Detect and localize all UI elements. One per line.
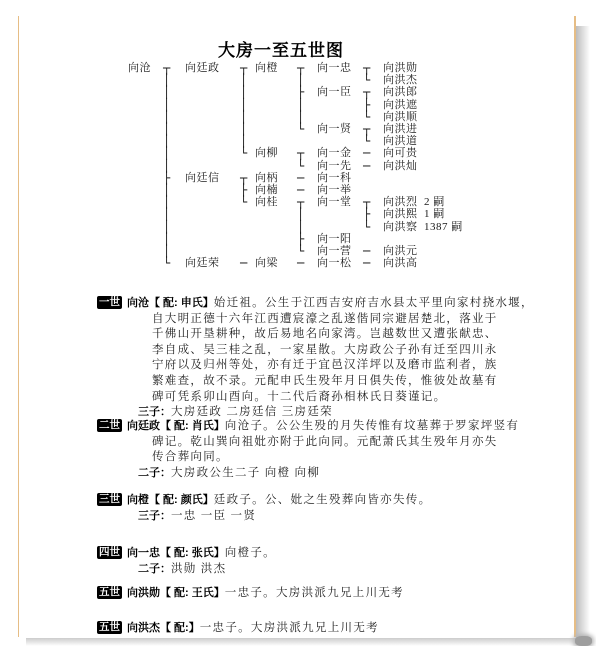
tree-node: 向沧 [128,62,151,74]
tree-node: 向洪熙 [383,208,418,220]
spouse-info: 【 配:】 [160,622,200,634]
tree-connector: │ [163,111,170,123]
generation-badge: 五世 [97,586,122,599]
tree-connector: ├ [363,99,370,111]
tree-node: 1387 嗣 [424,221,463,233]
generation-badge: 二世 [97,419,122,432]
body-line: 千佛山开垦耕种，故后易地名向家湾。岂越数世又遭张献忠、 [0,326,596,342]
generation-badge: 四世 [97,546,122,559]
tree-connector: │ [163,86,170,98]
tree-node: 向廷荣 [185,257,220,269]
body-text: 碑可凭系卯山酉向。十二代后裔孙相林氏日葵谨记。 [152,391,446,403]
body-text: 始迁祖。公生于江西吉安府吉水县太平里向家村挠水堰， [214,297,534,309]
section-first-line: 五世向洪杰【 配:】一忠子。大房洪派九兄上川无考 [0,620,596,636]
tree-connector: │ [163,221,170,233]
children-names: 一忠 一臣 一贤 [171,510,256,522]
tree-connector: └ [297,245,304,257]
body-line: 传合葬向同。 [0,449,596,465]
tree-node: 向一臣 [317,86,352,98]
tree-connector: ─ [363,147,370,159]
tree-node: 向一营 [317,245,352,257]
spouse-info: 【 配: 张氏】 [160,547,225,559]
section-first-line: 三世向橙【 配: 颜氏】廷政子。公、妣之生殁葬向皆亦失传。 [0,492,596,508]
page-bottom-shadow [26,638,576,646]
body-text: 李自成、吴三桂之乱，一家星散。大房政公子孙有迁至四川永 [152,344,498,356]
generation-section: 三世向橙【 配: 颜氏】廷政子。公、妣之生殁葬向皆亦失传。三子：一忠 一臣 一贤 [0,492,596,523]
tree-connector: │ [163,233,170,245]
body-line: 碑可凭系卯山酉向。十二代后裔孙相林氏日葵谨记。 [0,389,596,405]
tree-node: 向楠 [255,184,278,196]
generation-badge: 五世 [97,621,122,634]
tree-connector: └ [240,147,247,159]
generation-section: 五世向洪杰【 配:】一忠子。大房洪派九兄上川无考 [0,620,596,636]
tree-node: 向可贵 [383,147,418,159]
person-name: 向沧 [127,297,149,309]
tree-connector: │ [163,160,170,172]
tree-connector: ┬ [240,172,247,184]
tree-connector: ├ [363,208,370,220]
tree-node: 向洪杰 [383,74,418,86]
body-text: 碑记。乾山巽向祖妣亦附于此向同。元配萧氏其生殁年月亦失 [152,436,498,448]
body-text: 廷政子。公、妣之生殁葬向皆亦失传。 [214,494,432,506]
spouse-info: 【 配: 肖氏】 [160,420,225,432]
tree-node: 向橙 [255,62,278,74]
body-line: 自大明正德十六年江西遭宸濠之乱遂偕同宗避居楚北，落业于 [0,311,596,327]
section-first-line: 一世向沧【 配: 申氏】始迁祖。公生于江西吉安府吉水县太平里向家村挠水堰， [0,295,596,311]
tree-connector: ─ [240,257,247,269]
tree-connector: └ [163,257,170,269]
body-line: 宁府以及归州等处，亦有迁于宜邑汉洋坪以及磨市监利者，族 [0,357,596,373]
tree-connector: ─ [363,160,370,172]
tree-connector: └ [363,221,370,233]
children-names: 大房政公生二子 向橙 向柳 [171,467,320,479]
children-line: 二子：大房政公生二子 向橙 向柳 [0,465,596,481]
body-text: 宁府以及归州等处，亦有迁于宜邑汉洋坪以及磨市监利者，族 [152,359,498,371]
tree-connector: ─ [363,245,370,257]
generation-section: 一世向沧【 配: 申氏】始迁祖。公生于江西吉安府吉水县太平里向家村挠水堰，自大明… [0,295,596,420]
section-first-line: 五世向洪勋【 配: 王氏】一忠子。大房洪派九兄上川无考 [0,585,596,601]
tree-connector: │ [163,147,170,159]
tree-node: 向一科 [317,172,352,184]
body-line: 李自成、吴三桂之乱，一家星散。大房政公子孙有迁至四川永 [0,342,596,358]
tree-node: 向柄 [255,172,278,184]
person-name: 向洪勋 [127,587,160,599]
tree-connector: │ [240,111,247,123]
tree-connector: └ [297,123,304,135]
tree-connector: └ [363,74,370,86]
children-label: 三子： [138,406,171,418]
tree-connector: │ [163,208,170,220]
tree-node: 向一先 [317,160,352,172]
person-name: 向橙 [127,494,149,506]
body-text: 向沧子。公公生殁的月失传惟有坟墓葬于罗家坪竖有 [225,420,519,432]
children-label: 二子： [138,467,171,479]
generation-section: 四世向一忠【 配: 张氏】向橙子。二子：洪勋 洪杰 [0,545,596,576]
body-text: 自大明正德十六年江西遭宸濠之乱遂偕同宗避居楚北，落业于 [152,313,498,325]
tree-node: 向一忠 [317,62,352,74]
section-first-line: 二世向廷政【 配: 肖氏】向沧子。公公生殁的月失传惟有坟墓葬于罗家坪竖有 [0,418,596,434]
tree-connector: │ [240,99,247,111]
tree-connector: ─ [297,257,304,269]
children-names: 洪勋 洪杰 [171,563,226,575]
generation-badge: 三世 [97,493,122,506]
tree-node: 向廷信 [185,172,220,184]
children-names: 大房廷政 二房廷信 三房廷荣 [171,406,333,418]
generation-section: 五世向洪勋【 配: 王氏】一忠子。大房洪派九兄上川无考 [0,585,596,601]
body-line: 繁难查，故不录。元配申氏生殁年月日俱失传，惟彼处故墓有 [0,373,596,389]
tree-connector: │ [297,111,304,123]
generation-badge: 一世 [97,296,122,309]
tree-connector: ─ [363,257,370,269]
tree-node: 向洪察 [383,221,418,233]
tree-node: 向洪郎 [383,86,418,98]
tree-connector: ┬ [297,147,304,159]
tree-connector: ─ [297,172,304,184]
tree-node: 向洪进 [383,123,418,135]
tree-node: 向洪道 [383,135,418,147]
tree-node: 向一贤 [317,123,352,135]
children-line: 三子：一忠 一臣 一贤 [0,508,596,524]
body-line: 碑记。乾山巽向祖妣亦附于此向同。元配萧氏其生殁年月亦失 [0,434,596,450]
tree-node: 向桂 [255,196,278,208]
tree-connector: │ [297,99,304,111]
tree-connector: └ [363,135,370,147]
tree-connector: │ [297,221,304,233]
tree-node: 向一堂 [317,196,352,208]
tree-node: 向洪元 [383,245,418,257]
page-corner-shadow [575,636,592,646]
tree-node: 向洪遮 [383,99,418,111]
tree-node: 向洪灿 [383,160,418,172]
tree-connector: └ [240,196,247,208]
tree-node: 向一阳 [317,233,352,245]
tree-node: 向一金 [317,147,352,159]
person-name: 向廷政 [127,420,160,432]
children-line: 二子：洪勋 洪杰 [0,561,596,577]
spouse-info: 【 配: 王氏】 [160,587,225,599]
children-label: 二子： [138,563,171,575]
tree-node: 向廷政 [185,62,220,74]
tree-connector: ┬ [363,86,370,98]
tree-connector: ├ [297,233,304,245]
tree-connector: │ [297,208,304,220]
tree-connector: ├ [163,172,170,184]
person-name: 向洪杰 [127,622,160,634]
tree-connector: └ [297,160,304,172]
tree-connector: │ [240,86,247,98]
tree-node: 向洪烈 [383,196,418,208]
tree-node: 向洪高 [383,257,418,269]
body-text: 一忠子。大房洪派九兄上川无考 [200,622,379,634]
tree-node: 1 嗣 [424,208,445,220]
section-first-line: 四世向一忠【 配: 张氏】向橙子。 [0,545,596,561]
body-text: 传合葬向同。 [152,451,229,463]
person-name: 向一忠 [127,547,160,559]
spouse-info: 【 配: 申氏】 [149,297,214,309]
tree-node: 向柳 [255,147,278,159]
tree-connector: ─ [297,184,304,196]
body-text: 繁难查，故不录。元配申氏生殁年月日俱失传，惟彼处故墓有 [152,375,498,387]
tree-node: 向一松 [317,257,352,269]
tree-connector: │ [163,99,170,111]
tree-node: 向洪勋 [383,62,418,74]
family-tree: 向沧┬向廷政┬向橙┬向一忠┬向洪勋│││└向洪杰││├向一臣┬向洪郎│││├向洪… [0,0,596,280]
tree-connector: ├ [297,86,304,98]
body-text: 向橙子。 [225,547,276,559]
tree-node: 向洪顺 [383,111,418,123]
spouse-info: 【 配: 颜氏】 [149,494,214,506]
body-text: 一忠子。大房洪派九兄上川无考 [225,587,404,599]
generation-section: 二世向廷政【 配: 肖氏】向沧子。公公生殁的月失传惟有坟墓葬于罗家坪竖有碑记。乾… [0,418,596,480]
children-label: 三子： [138,510,171,522]
tree-connector: └ [363,111,370,123]
tree-node: 向梁 [255,257,278,269]
body-text: 千佛山开垦耕种，故后易地名向家湾。岂越数世又遭张献忠、 [152,328,498,340]
tree-node: 向一举 [317,184,352,196]
tree-node: 2 嗣 [424,196,445,208]
